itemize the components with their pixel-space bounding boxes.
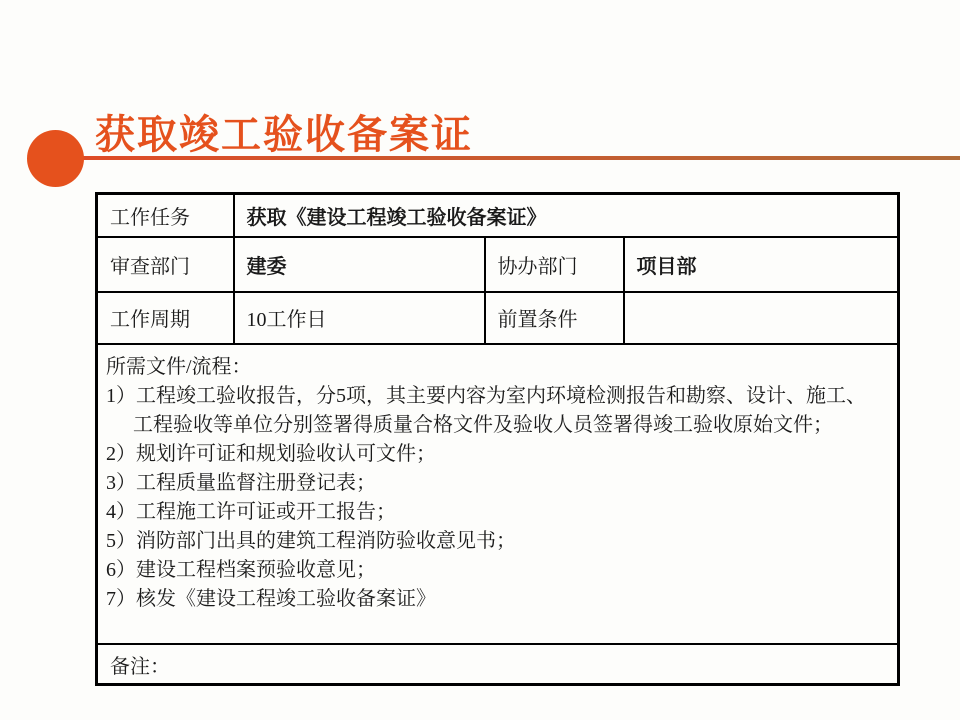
slide: 获取竣工验收备案证 工作任务 获取《建设工程竣工验收备案证》 审查部门 建委 协… <box>0 0 960 720</box>
assist-dept-value-cell: 项目部 <box>624 237 899 292</box>
task-label-cell: 工作任务 <box>97 194 234 237</box>
page-title: 获取竣工验收备案证 <box>95 103 473 160</box>
table-row-departments: 审查部门 建委 协办部门 项目部 <box>97 237 899 292</box>
document-list: 1）工程竣工验收报告，分5项，其主要内容为室内环境检测报告和勘察、设计、施工、工… <box>106 382 885 614</box>
document-list-item: 1）工程竣工验收报告，分5项，其主要内容为室内环境检测报告和勘察、设计、施工、工… <box>106 382 882 440</box>
period-label-cell: 工作周期 <box>97 292 234 344</box>
remarks-cell: 备注： <box>97 644 899 685</box>
table-row-remarks: 备注： <box>97 644 899 685</box>
precondition-value-cell <box>624 292 899 344</box>
period-value-cell: 10工作日 <box>234 292 485 344</box>
document-list-item: 4）工程施工许可证或开工报告； <box>106 498 882 527</box>
document-list-item: 2）规划许可证和规划验收认可文件； <box>106 440 882 469</box>
documents-heading: 所需文件/流程： <box>106 353 885 382</box>
document-list-item: 3）工程质量监督注册登记表； <box>106 469 882 498</box>
table-row-period: 工作周期 10工作日 前置条件 <box>97 292 899 344</box>
document-list-item: 7）核发《建设工程竣工验收备案证》 <box>106 585 882 614</box>
title-underline <box>54 156 960 160</box>
documents-cell: 所需文件/流程： 1）工程竣工验收报告，分5项，其主要内容为室内环境检测报告和勘… <box>97 344 899 644</box>
title-bullet-circle <box>27 130 84 187</box>
table-row-documents: 所需文件/流程： 1）工程竣工验收报告，分5项，其主要内容为室内环境检测报告和勘… <box>97 344 899 644</box>
document-list-item: 5）消防部门出具的建筑工程消防验收意见书； <box>106 527 882 556</box>
review-dept-value-cell: 建委 <box>234 237 485 292</box>
document-list-item: 6）建设工程档案预验收意见； <box>106 556 882 585</box>
review-dept-label-cell: 审查部门 <box>97 237 234 292</box>
process-table: 工作任务 获取《建设工程竣工验收备案证》 审查部门 建委 协办部门 项目部 工作… <box>95 192 897 686</box>
precondition-label-cell: 前置条件 <box>485 292 624 344</box>
table-row-task: 工作任务 获取《建设工程竣工验收备案证》 <box>97 194 899 237</box>
assist-dept-label-cell: 协办部门 <box>485 237 624 292</box>
task-value-cell: 获取《建设工程竣工验收备案证》 <box>234 194 899 237</box>
